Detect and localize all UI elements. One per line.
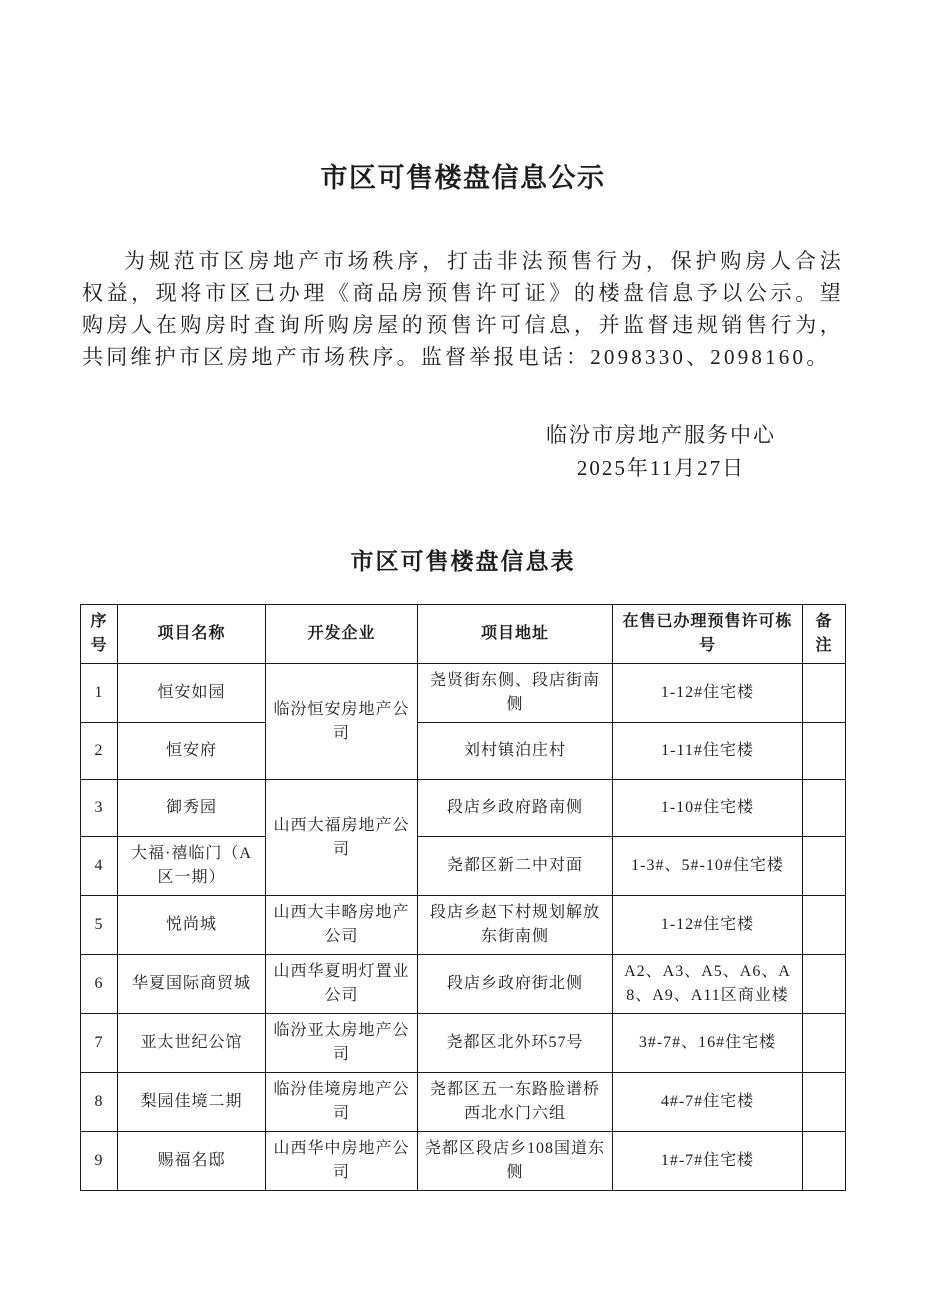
cell-developer: 临汾亚太房地产公司 xyxy=(266,1014,418,1073)
cell-project-name: 大福·禧临门（A区一期） xyxy=(118,837,266,896)
cell-permit-buildings: 1-12#住宅楼 xyxy=(613,896,803,955)
cell-serial-number: 9 xyxy=(81,1132,118,1191)
cell-permit-buildings: 1-11#住宅楼 xyxy=(613,723,803,780)
cell-project-address: 段店乡政府路南侧 xyxy=(418,780,613,837)
cell-project-address: 尧贤街东侧、段店街南侧 xyxy=(418,664,613,723)
cell-serial-number: 7 xyxy=(81,1014,118,1073)
table-header-row: 序号项目名称开发企业项目地址在售已办理预售许可栋号备注 xyxy=(81,605,846,664)
cell-project-name: 梨园佳境二期 xyxy=(118,1073,266,1132)
table-row: 1恒安如园临汾恒安房地产公司尧贤街东侧、段店街南侧1-12#住宅楼 xyxy=(81,664,846,723)
column-header: 备注 xyxy=(803,605,846,664)
cell-project-address: 尧都区五一东路脸谱桥西北水门六组 xyxy=(418,1073,613,1132)
table-row: 7亚太世纪公馆临汾亚太房地产公司尧都区北外环57号3#-7#、16#住宅楼 xyxy=(81,1014,846,1073)
cell-serial-number: 3 xyxy=(81,780,118,837)
cell-project-name: 赐福名邸 xyxy=(118,1132,266,1191)
signature-block: 临汾市房地产服务中心 2025年11月27日 xyxy=(546,419,776,485)
cell-note xyxy=(803,1073,846,1132)
column-header: 项目名称 xyxy=(118,605,266,664)
cell-note xyxy=(803,1132,846,1191)
cell-note xyxy=(803,1014,846,1073)
signature-org: 临汾市房地产服务中心 xyxy=(546,419,776,452)
cell-permit-buildings: 1-12#住宅楼 xyxy=(613,664,803,723)
table-row: 8梨园佳境二期临汾佳境房地产公司尧都区五一东路脸谱桥西北水门六组4#-7#住宅楼 xyxy=(81,1073,846,1132)
signature-date: 2025年11月27日 xyxy=(546,452,776,485)
table-row: 3御秀园山西大福房地产公司段店乡政府路南侧1-10#住宅楼 xyxy=(81,780,846,837)
cell-note xyxy=(803,664,846,723)
table-row: 4大福·禧临门（A区一期）尧都区新二中对面1-3#、5#-10#住宅楼 xyxy=(81,837,846,896)
table-row: 2恒安府刘村镇泊庄村1-11#住宅楼 xyxy=(81,723,846,780)
column-header: 序号 xyxy=(81,605,118,664)
cell-note xyxy=(803,723,846,780)
cell-project-name: 恒安府 xyxy=(118,723,266,780)
cell-permit-buildings: 1-3#、5#-10#住宅楼 xyxy=(613,837,803,896)
page-title: 市区可售楼盘信息公示 xyxy=(0,156,926,195)
cell-serial-number: 1 xyxy=(81,664,118,723)
table-row: 9赐福名邸山西华中房地产公司尧都区段店乡108国道东侧1#-7#住宅楼 xyxy=(81,1132,846,1191)
table-row: 6华夏国际商贸城山西华夏明灯置业公司段店乡政府街北侧A2、A3、A5、A6、A8… xyxy=(81,955,846,1014)
column-header: 在售已办理预售许可栋号 xyxy=(613,605,803,664)
body-paragraph: 为规范市区房地产市场秩序，打击非法预售行为，保护购房人合法权益，现将市区已办理《… xyxy=(82,245,844,373)
cell-serial-number: 6 xyxy=(81,955,118,1014)
cell-project-address: 尧都区新二中对面 xyxy=(418,837,613,896)
cell-developer: 山西华中房地产公司 xyxy=(266,1132,418,1191)
property-listing-table: 序号项目名称开发企业项目地址在售已办理预售许可栋号备注 1恒安如园临汾恒安房地产… xyxy=(80,604,846,1191)
cell-project-name: 御秀园 xyxy=(118,780,266,837)
cell-permit-buildings: 1#-7#住宅楼 xyxy=(613,1132,803,1191)
cell-serial-number: 2 xyxy=(81,723,118,780)
table-row: 5悦尚城山西大丰略房地产公司段店乡赵下村规划解放东街南侧1-12#住宅楼 xyxy=(81,896,846,955)
cell-project-name: 悦尚城 xyxy=(118,896,266,955)
cell-project-address: 尧都区段店乡108国道东侧 xyxy=(418,1132,613,1191)
cell-project-address: 段店乡赵下村规划解放东街南侧 xyxy=(418,896,613,955)
cell-permit-buildings: 1-10#住宅楼 xyxy=(613,780,803,837)
cell-note xyxy=(803,780,846,837)
cell-developer: 山西大丰略房地产公司 xyxy=(266,896,418,955)
cell-project-name: 恒安如园 xyxy=(118,664,266,723)
cell-permit-buildings: A2、A3、A5、A6、A8、A9、A11区商业楼 xyxy=(613,955,803,1014)
cell-permit-buildings: 3#-7#、16#住宅楼 xyxy=(613,1014,803,1073)
cell-note xyxy=(803,837,846,896)
cell-permit-buildings: 4#-7#住宅楼 xyxy=(613,1073,803,1132)
table-title: 市区可售楼盘信息表 xyxy=(0,543,926,576)
column-header: 开发企业 xyxy=(266,605,418,664)
cell-note xyxy=(803,896,846,955)
document-page: 市区可售楼盘信息公示 为规范市区房地产市场秩序，打击非法预售行为，保护购房人合法… xyxy=(0,0,926,1309)
cell-developer: 山西华夏明灯置业公司 xyxy=(266,955,418,1014)
cell-developer: 临汾佳境房地产公司 xyxy=(266,1073,418,1132)
cell-serial-number: 4 xyxy=(81,837,118,896)
cell-project-name: 亚太世纪公馆 xyxy=(118,1014,266,1073)
cell-project-address: 段店乡政府街北侧 xyxy=(418,955,613,1014)
cell-project-address: 尧都区北外环57号 xyxy=(418,1014,613,1073)
cell-developer: 山西大福房地产公司 xyxy=(266,780,418,896)
cell-serial-number: 5 xyxy=(81,896,118,955)
cell-project-name: 华夏国际商贸城 xyxy=(118,955,266,1014)
cell-serial-number: 8 xyxy=(81,1073,118,1132)
cell-note xyxy=(803,955,846,1014)
cell-developer: 临汾恒安房地产公司 xyxy=(266,664,418,780)
column-header: 项目地址 xyxy=(418,605,613,664)
cell-project-address: 刘村镇泊庄村 xyxy=(418,723,613,780)
